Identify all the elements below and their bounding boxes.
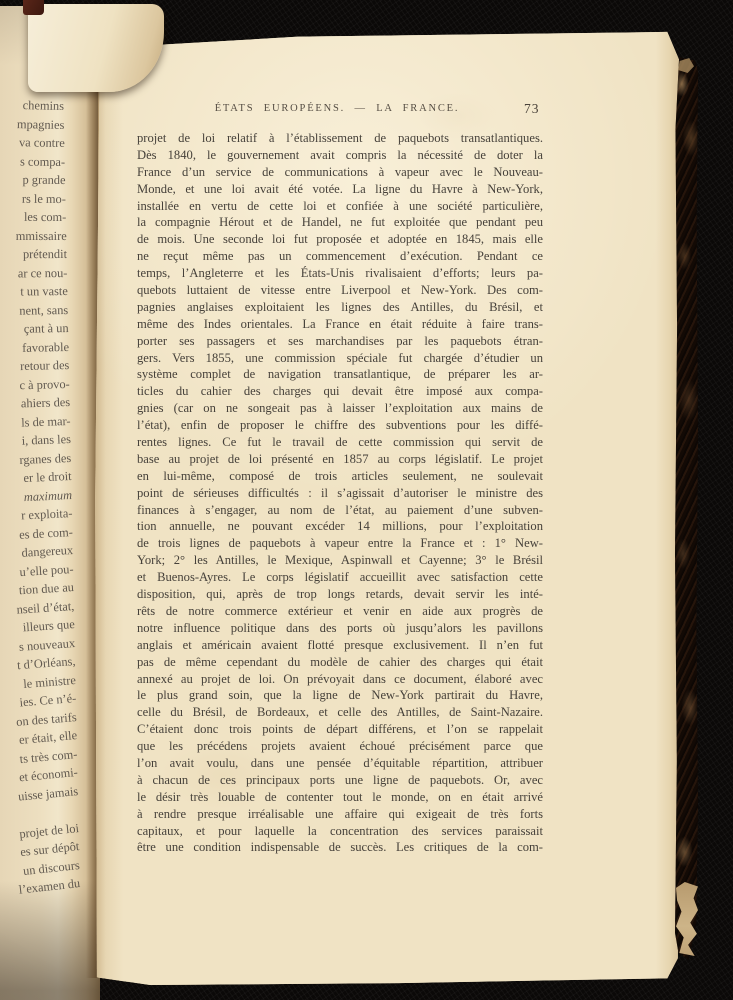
- body-text-line: notre influence politique dans des ports…: [137, 620, 543, 637]
- left-page-fragment: i, dans les: [7, 430, 72, 451]
- body-text-line: même des Indes orientales. La France en …: [137, 316, 543, 333]
- body-text-line: anglais et américain avaient flotté pres…: [137, 637, 543, 654]
- left-page-fragment: er le droit: [7, 467, 72, 488]
- body-text-line: à chacun de ces principaux ports une lig…: [137, 772, 543, 789]
- marbled-cover-edge: [675, 57, 698, 960]
- body-text-line: le plus grand soin, que la ligne de New-…: [137, 687, 543, 704]
- left-page-fragment: va contre: [1, 133, 65, 152]
- body-text-line: celle du Brésil, de Bordeaux, et celle d…: [137, 704, 543, 721]
- body-text-line: annexé au projet de loi. On prévoyait da…: [137, 671, 543, 688]
- body-text-line: temps, l’Angleterre et les États-Unis ri…: [137, 265, 543, 282]
- left-page-fragment: ls de mar-: [6, 412, 71, 433]
- left-page-fragment: nent, sans: [4, 301, 68, 320]
- running-header-title: ÉTATS EUROPÉENS. — LA FRANCE.: [215, 103, 460, 114]
- body-text-line: de mois. Une seconde loi fut proposée et…: [137, 231, 543, 248]
- left-page-fragment: çant à un: [4, 319, 68, 339]
- left-page-fragment: s compa-: [1, 152, 65, 171]
- body-text-line: que les précédens projets avaient échoué…: [137, 738, 543, 755]
- body-text-line: en lui-même, composé de trois articles s…: [137, 468, 543, 485]
- left-page-fragment: favorable: [5, 338, 69, 358]
- body-text-line: l’on avait voulu, dans une pensée d’équi…: [137, 755, 543, 772]
- body-text-line: porter ses passagers et ses marchandises…: [137, 333, 543, 350]
- left-page-fragment: retour des: [5, 356, 69, 376]
- left-page-fragment: prétendit: [3, 245, 67, 264]
- body-text-line: Dès 1840, le gouvernement avait compris …: [137, 147, 543, 164]
- page-number: 73: [524, 101, 540, 117]
- left-page-fragment: r exploita-: [8, 504, 73, 526]
- body-text-line: et Buenos-Ayres. Le corps législatif acc…: [137, 569, 543, 586]
- body-text-line: la compagnie Hérout et de Handel, ne fut…: [137, 214, 543, 231]
- body-text-line: projet de loi relatif à l’établissement …: [137, 130, 543, 147]
- left-page-fragment: chemins: [0, 96, 64, 116]
- spine-headband: [23, 0, 44, 15]
- body-text: projet de loi relatif à l’établissement …: [137, 130, 543, 856]
- left-page-fragment: p grande: [1, 170, 65, 189]
- body-text-line: rêts de notre commerce extérieur et veni…: [137, 603, 543, 620]
- body-text-line: capitaux, et pour laquelle la concentrat…: [137, 823, 543, 840]
- left-page-fragment: rganes des: [7, 449, 72, 470]
- body-text-line: Monde, et une loi avait été votée. La li…: [137, 181, 543, 198]
- body-text-line: York; 2° les Antilles, le Mexique, Aspin…: [137, 552, 543, 569]
- body-text-line: système complet de navigation transatlan…: [137, 366, 543, 383]
- body-text-line: être une condition indispensable de succ…: [137, 839, 543, 856]
- left-page-fragment: mpagnies: [0, 114, 64, 134]
- left-page-fragment: ar ce nou-: [3, 264, 67, 283]
- left-page-fragment: ahiers des: [6, 393, 71, 413]
- body-text-line: l’état), enfin de proposer le chiffre de…: [137, 417, 543, 434]
- body-text-line: base au projet de loi présenté en 1857 a…: [137, 451, 543, 468]
- left-page-fragment: t un vaste: [4, 282, 68, 301]
- body-text-line: quebots luttaient de vitesse entre Liver…: [137, 282, 543, 299]
- body-text-line: à rendre presque irréalisable une affair…: [137, 806, 543, 823]
- body-text-line: pas de même cependant du modèle de cahie…: [137, 654, 543, 671]
- left-page-fragment: les com-: [2, 208, 66, 227]
- body-text-line: rentes lignes. Ce fut le travail de cett…: [137, 434, 543, 451]
- left-page-fragment: mmissaire: [3, 227, 67, 246]
- body-text-line: gers. Vers 1855, une commission spéciale…: [137, 350, 543, 367]
- body-text-line: gnies (car on ne songeait pas à laisser …: [137, 400, 543, 417]
- body-text-line: tion annuelle, ne pouvant excéder 14 mil…: [137, 518, 543, 535]
- body-text-line: point de sérieuses difficultés : il s’ag…: [137, 485, 543, 502]
- body-text-line: C’étaient donc trois points de départ di…: [137, 721, 543, 738]
- body-text-line: pagnies anglaises exploitaient les ligne…: [137, 299, 543, 316]
- body-text-line: le désir très louable de contenter tout …: [137, 789, 543, 806]
- left-page-fragment: c à provo-: [5, 375, 69, 395]
- body-text-line: France d’un service de communications à …: [137, 164, 543, 181]
- left-page-fragments: cheminsmpagniesva contres compa-p grande…: [0, 97, 64, 893]
- body-text-line: installée en vertu de cette loi et confi…: [137, 198, 543, 215]
- body-text-line: ne reçut même pas un commencement d’exéc…: [137, 248, 543, 265]
- running-header: ÉTATS EUROPÉENS. — LA FRANCE.: [137, 103, 537, 114]
- body-text-line: ticles du cahier des charges qui devait …: [137, 383, 543, 400]
- book-photo: cheminsmpagniesva contres compa-p grande…: [0, 0, 733, 1000]
- body-text-line: finances à s’engager, au nom de l’état, …: [137, 502, 543, 519]
- left-page-fragment: rs le mo-: [2, 189, 66, 208]
- body-text-line: disposition, qui, après de trop longs re…: [137, 586, 543, 603]
- body-text-line: de trois lignes de paquebots à vapeur en…: [137, 535, 543, 552]
